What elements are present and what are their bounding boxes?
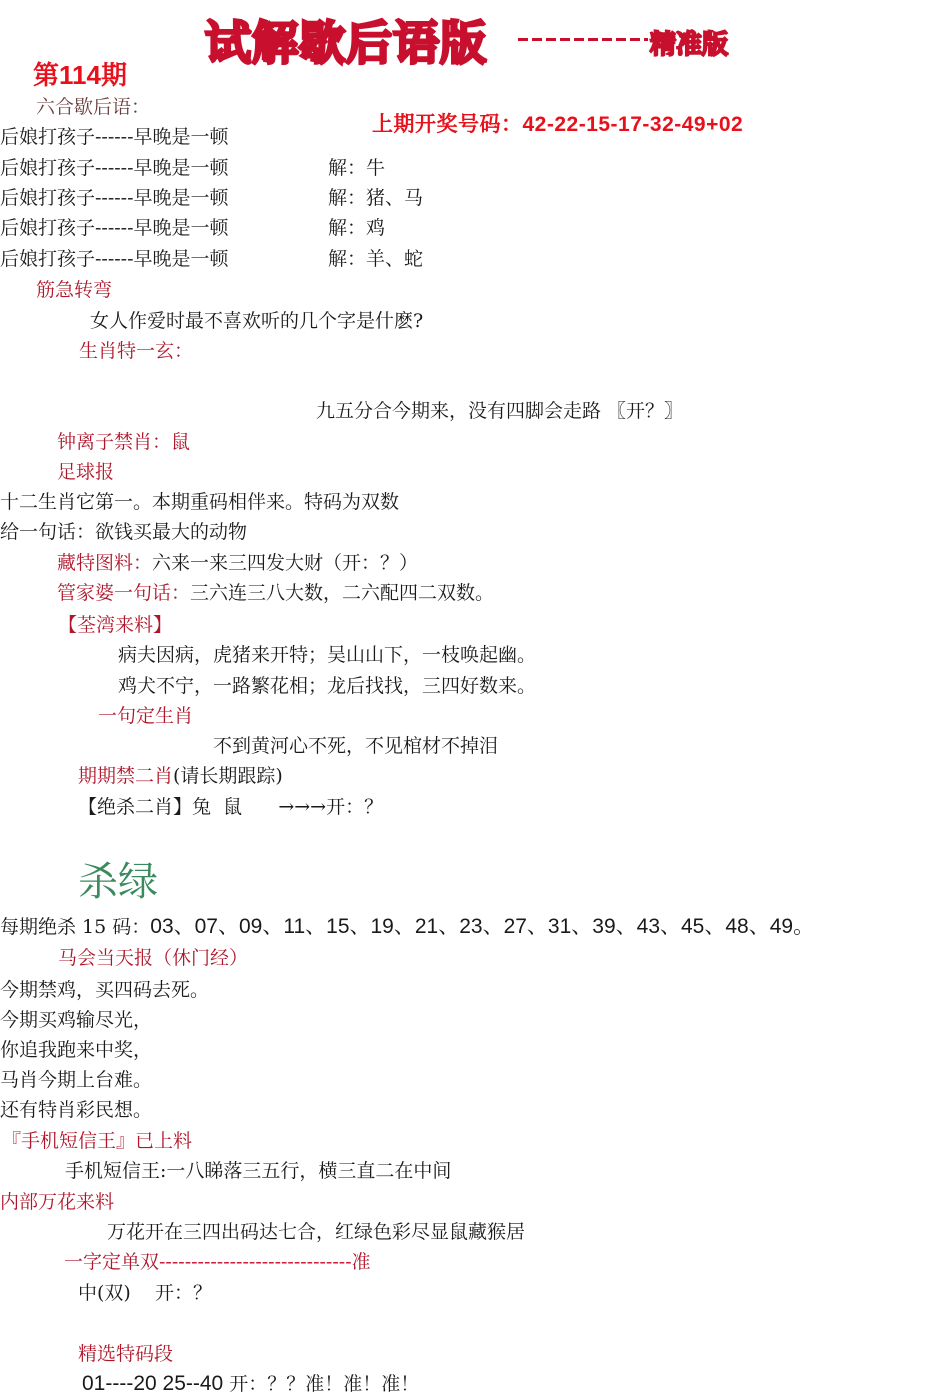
mahui-line: 还有特肖彩民想。 [0, 1098, 152, 1122]
zhongli-value: 鼠 [171, 431, 190, 453]
football-heading: 足球报 [57, 460, 114, 484]
title-divider [518, 38, 648, 41]
proverb-row-text: 后娘打孩子------早晚是一顿 [0, 125, 229, 149]
proverb-row-answer: 解：羊、蛇 [328, 247, 423, 271]
hint-line: 九五分合今期来，没有四脚会走路 〖开？〗 [316, 399, 683, 423]
proverb-row-answer: 解：鸡 [328, 216, 385, 240]
kill-green-numbers: 03、07、09、11、15、19、21、23、27、31、39、43、45、4… [150, 915, 814, 938]
special-segment-numbers: 01----20 25--40 [82, 1372, 223, 1395]
page-title: 试解歇后语版 [205, 14, 487, 72]
guanjiapo-value: 三六连三八大数，二六配四二双数。 [190, 582, 494, 604]
riddle-heading: 筋急转弯 [36, 278, 112, 302]
football-line-1: 十二生肖它第一。本期重码相伴来。特码为双数 [0, 490, 399, 514]
previous-draw-numbers: 42-22-15-17-32-49+02 [523, 113, 744, 136]
mahui-line: 今期禁鸡，买四码去死。 [0, 978, 209, 1002]
quanwan-line-2: 鸡犬不宁，一路繁花相；龙后找找，三四好数来。 [118, 674, 536, 698]
proverb-row-text: 后娘打孩子------早晚是一顿 [0, 216, 229, 240]
wanhua-text: 万花开在三四出码达七合，红绿色彩尽显鼠藏猴居 [107, 1220, 525, 1244]
ban-two-heading-line: 期期禁二肖(请长期跟踪) [78, 764, 283, 788]
ban-two-heading: 期期禁二肖 [78, 765, 173, 787]
riddle-zodiac-label: 生肖特一玄： [79, 339, 193, 363]
quanwan-heading: 【荃湾来料】 [58, 613, 172, 637]
cangte-line: 藏特图料：六来一来三四发大财（开：？） [57, 551, 418, 575]
previous-draw-label: 上期开奖号码： [372, 113, 523, 136]
mahui-line: 今期买鸡输尽光， [0, 1008, 152, 1032]
proverb-row-answer: 解：牛 [328, 156, 385, 180]
mahui-line: 你追我跑来中奖， [0, 1038, 152, 1062]
one-sentence-heading: 一句定生肖 [98, 704, 193, 728]
sms-king-heading: 『手机短信王』已上料 [2, 1129, 192, 1153]
proverb-row-text: 后娘打孩子------早晚是一顿 [0, 156, 229, 180]
kill-green-line: 每期绝杀 15 码：03、07、09、11、15、19、21、23、27、31、… [0, 914, 814, 940]
kill-green-label: 每期绝杀 15 码： [0, 916, 150, 938]
proverb-heading: 六合歇后语： [36, 95, 150, 119]
proverb-row-text: 后娘打孩子------早晚是一顿 [0, 247, 229, 271]
zhongli-ban: 钟离子禁肖：鼠 [57, 430, 190, 454]
football-line-2: 给一句话：欲钱买最大的动物 [0, 520, 247, 544]
sms-king-text: 手机短信王:一八睇落三五行，横三直二在中间 [65, 1159, 451, 1183]
quanwan-line-1: 病夫因病，虎猪来开特；吴山山下，一枝唤起幽。 [118, 643, 536, 667]
mahui-heading: 马会当天报（休门经） [58, 946, 248, 970]
issue-number: 第114期 [33, 58, 127, 92]
mahui-line: 马肖今期上台难。 [0, 1068, 152, 1092]
ban-two-line: 【绝杀二肖】兔 鼠 →→→开：？ [78, 795, 383, 819]
special-segment-line: 01----20 25--40 开：？？准！准！准！ [82, 1372, 419, 1396]
single-double-heading-line: 一字定单双------------------------------准 [64, 1250, 371, 1274]
special-segment-tail: 开：？？准！准！准！ [223, 1373, 419, 1395]
special-segment-heading: 精选特码段 [78, 1342, 173, 1366]
single-double-tail: 准 [352, 1251, 371, 1273]
wanhua-heading: 内部万花来料 [0, 1190, 114, 1214]
cangte-value: 六来一来三四发大财（开：？） [152, 552, 418, 574]
single-double-heading: 一字定单双 [64, 1251, 159, 1273]
page-subtitle: 精准版 [650, 28, 728, 62]
proverb-row-text: 后娘打孩子------早晚是一顿 [0, 186, 229, 210]
proverb-row-answer: 解：猪、马 [328, 186, 423, 210]
ban-two-note: (请长期跟踪) [173, 765, 283, 787]
single-double-answer: 中(双) 开：？ [78, 1281, 212, 1305]
single-double-dashes: ------------------------------ [159, 1251, 352, 1273]
one-sentence-text: 不到黄河心不死，不见棺材不掉泪 [213, 734, 498, 758]
kill-green-title: 杀绿 [78, 856, 158, 908]
previous-draw: 上期开奖号码：42-22-15-17-32-49+02 [372, 111, 743, 139]
riddle-question: 女人作爱时最不喜欢听的几个字是什麽? [90, 309, 423, 333]
zhongli-label: 钟离子禁肖： [57, 431, 171, 453]
cangte-label: 藏特图料： [57, 552, 152, 574]
guanjiapo-label: 管家婆一句话： [57, 582, 190, 604]
guanjiapo-line: 管家婆一句话：三六连三八大数，二六配四二双数。 [57, 581, 494, 605]
